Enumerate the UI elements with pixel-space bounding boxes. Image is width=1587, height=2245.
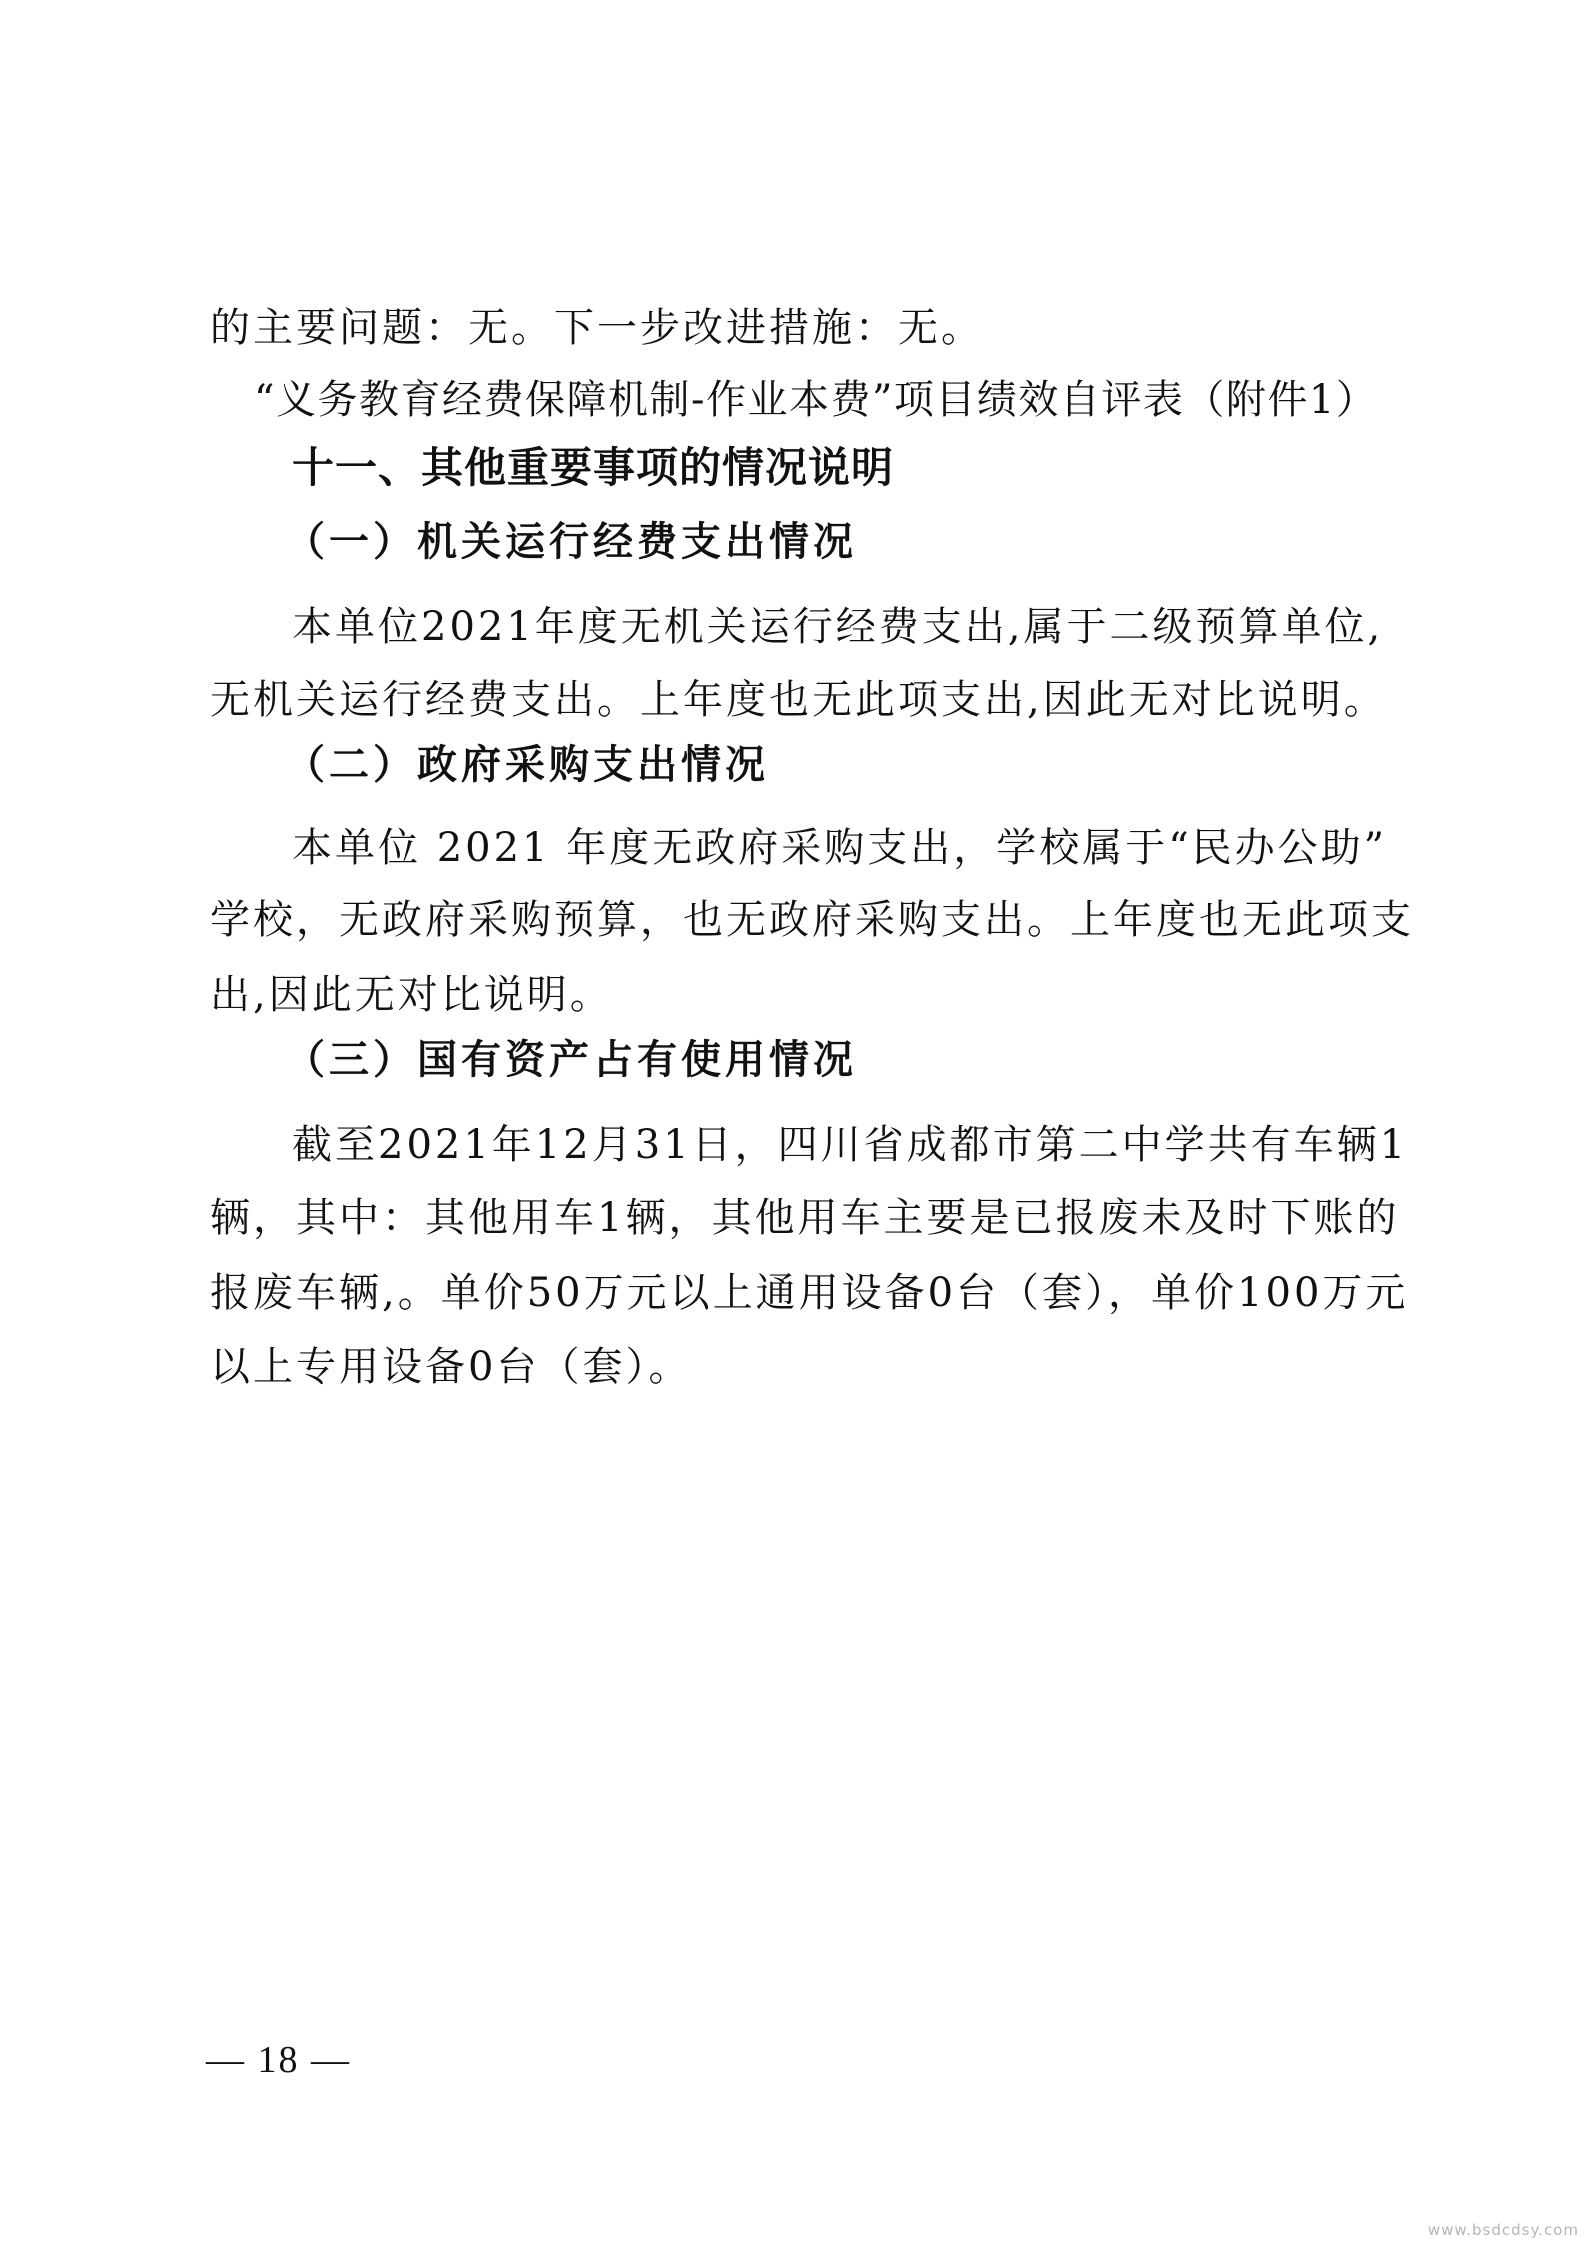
paragraph-line: 学校，无政府采购预算，也无政府采购支出。上年度也无此项支 [210,900,1414,940]
paragraph-line: 本单位 2021 年度无政府采购支出，学校属于“民办公助” [292,828,1387,868]
paragraph-line: 本单位2021年度无机关运行经费支出,属于二级预算单位, [292,607,1383,647]
paragraph-line: 截至2021年12月31日，四川省成都市第二中学共有车辆1 [292,1125,1408,1165]
subsection-heading-2: （二）政府采购支出情况 [285,745,769,785]
attachment-reference-line: “义务教育经费保障机制-作业本费”项目绩效自评表（附件1） [254,380,1377,420]
paragraph-line: 辆，其中：其他用车1辆，其他用车主要是已报废未及时下账的 [210,1198,1399,1238]
subsection-heading-3: （三）国有资产占有使用情况 [285,1040,857,1080]
paragraph-line: 报废车辆,。单价50万元以上通用设备0台（套），单价100万元 [210,1273,1408,1313]
document-page: 的主要问题：无。下一步改进措施：无。 “义务教育经费保障机制-作业本费”项目绩效… [0,0,1587,2245]
paragraph-line: 的主要问题：无。下一步改进措施：无。 [210,308,984,348]
page-number: — 18 — [206,2038,351,2082]
paragraph-line: 以上专用设备0台（套）。 [210,1347,691,1387]
watermark: www.bsdcdsy.com [1428,2221,1579,2239]
section-heading: 十一、其他重要事项的情况说明 [292,447,894,489]
paragraph-line: 无机关运行经费支出。上年度也无此项支出,因此无对比说明。 [210,680,1387,720]
paragraph-line: 出,因此无对比说明。 [210,975,613,1015]
subsection-heading-1: （一）机关运行经费支出情况 [285,522,857,562]
